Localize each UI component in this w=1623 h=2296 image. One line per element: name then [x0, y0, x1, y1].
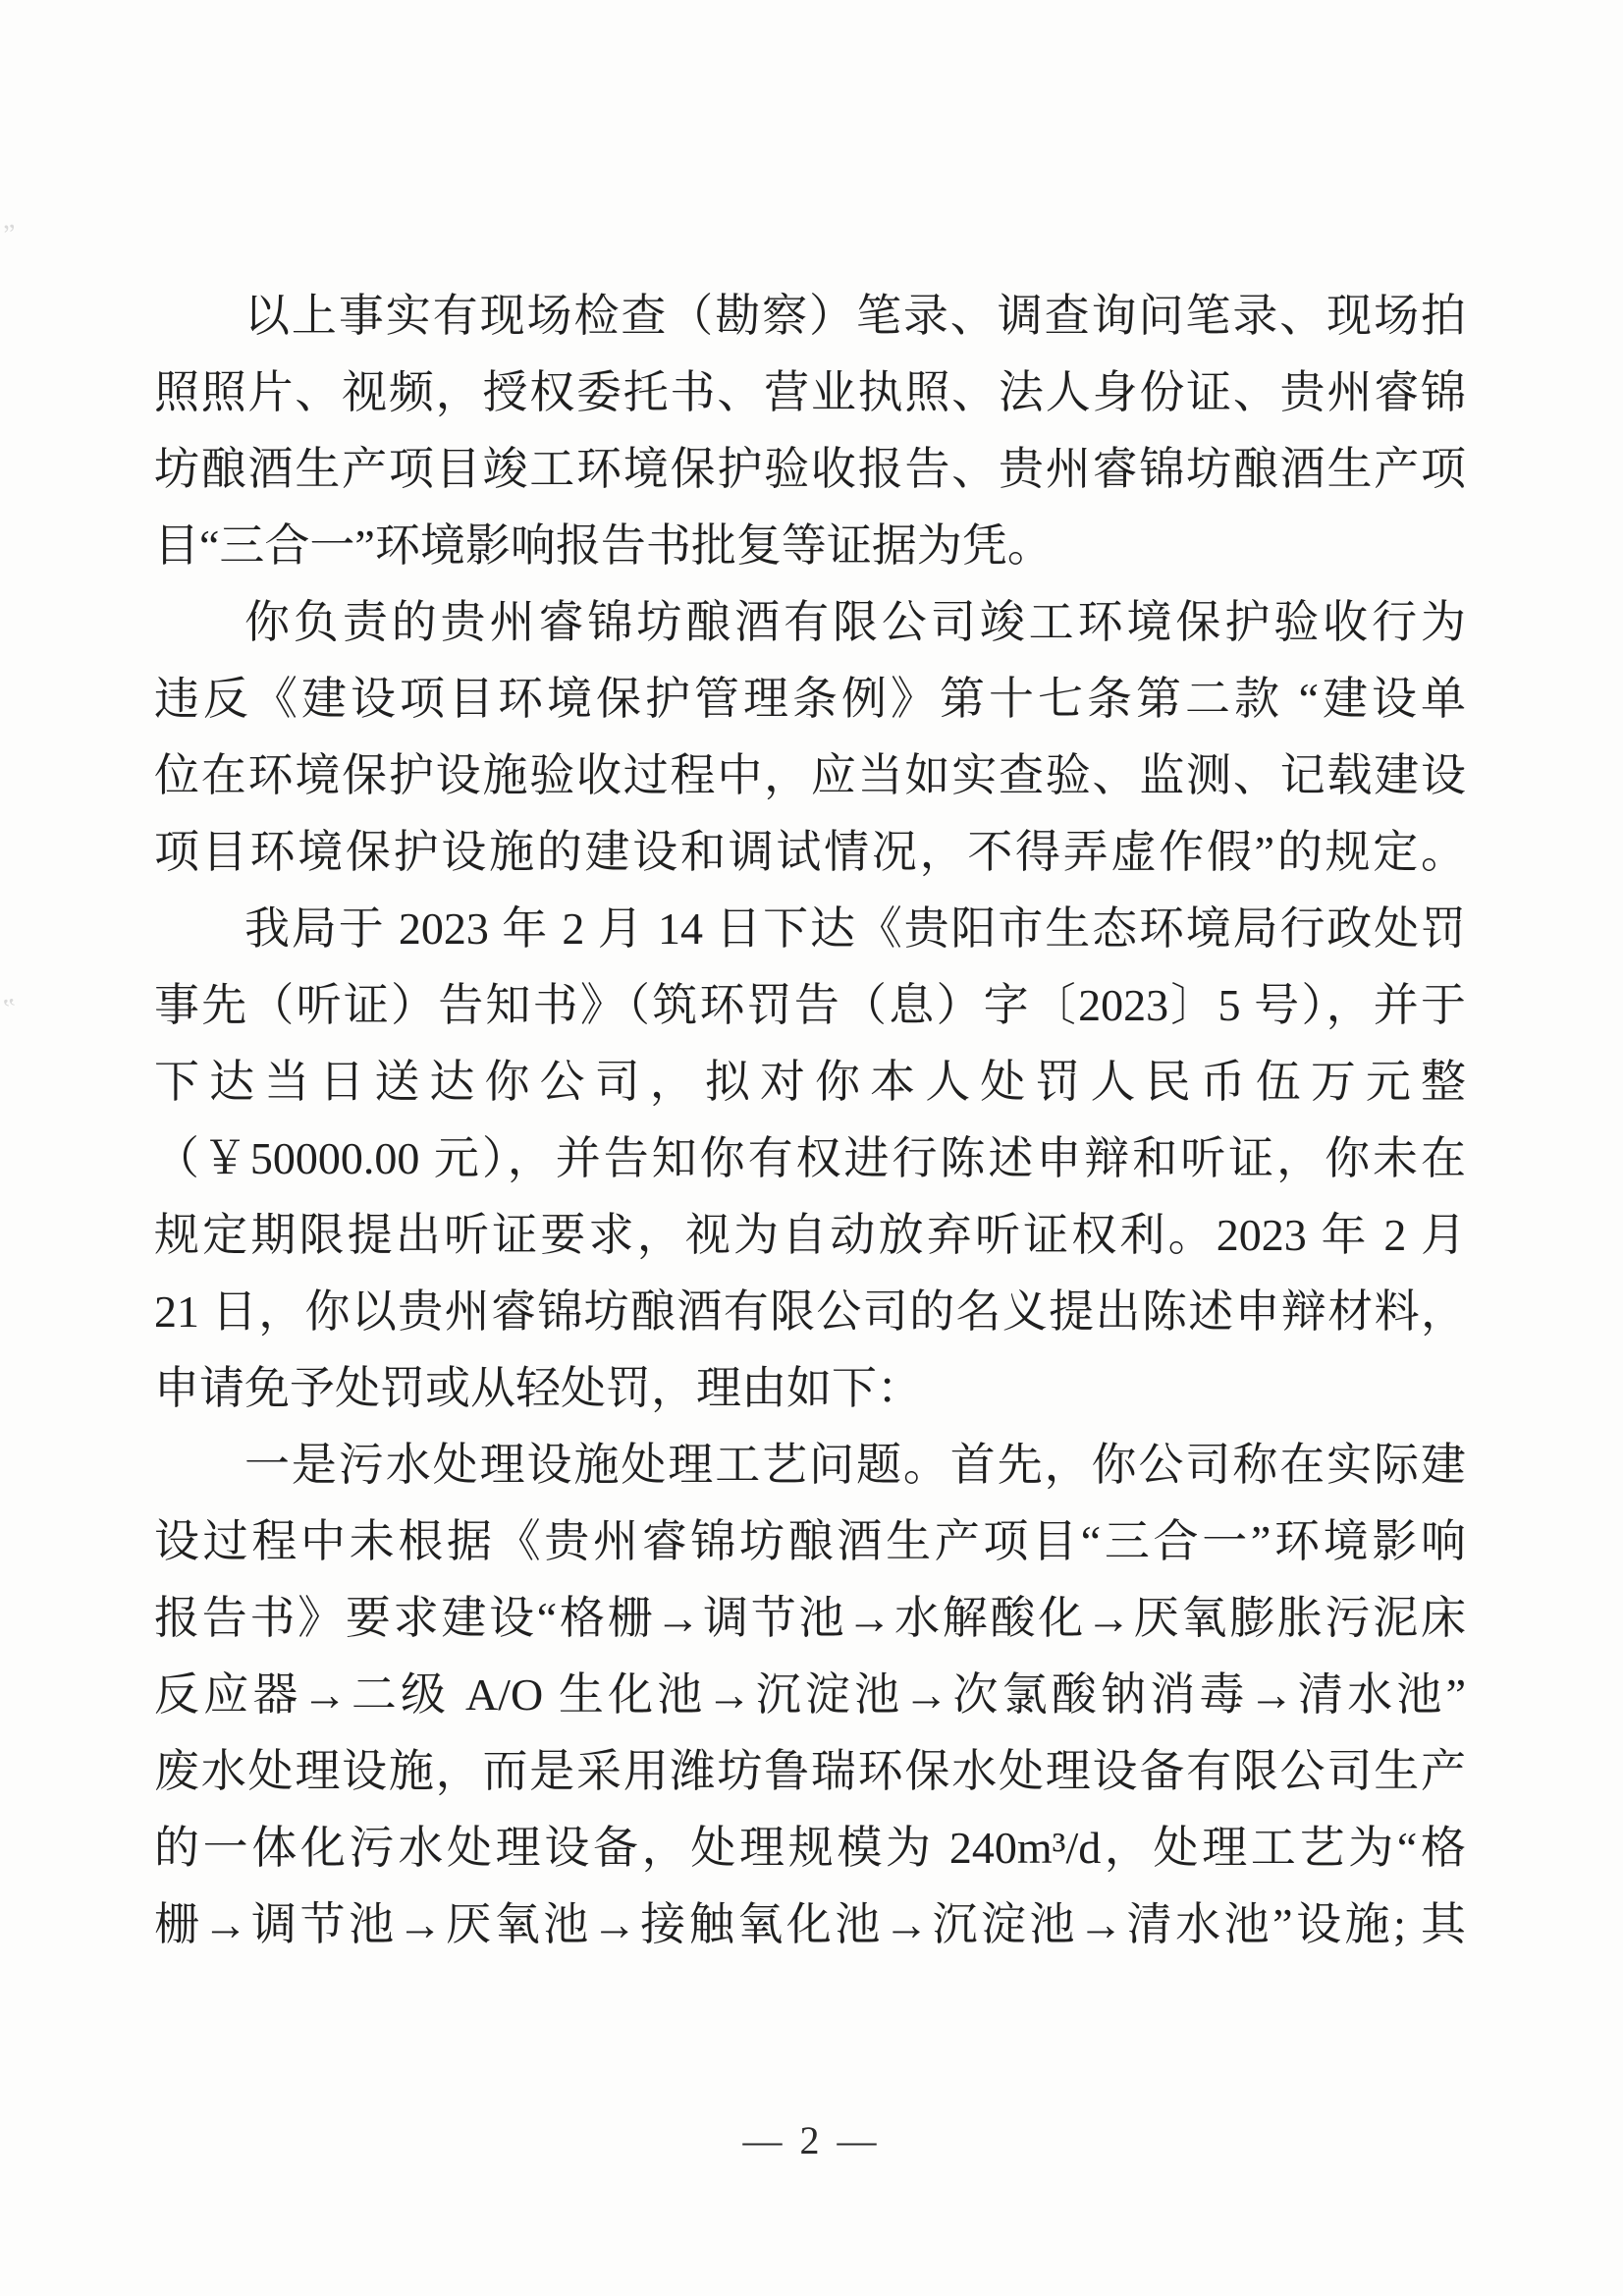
- text-line: 反应器→二级 A/O 生化池→沉淀池→次氯酸钠消毒→清水池”: [154, 1657, 1466, 1733]
- text-line: 的一体化污水处理设备，处理规模为 240m³/d，处理工艺为“格: [154, 1810, 1466, 1886]
- document-page: 以上事实有现场检查（勘察）笔录、调查询问笔录、现场拍照照片、视频，授权委托书、营…: [0, 0, 1623, 2296]
- text-line: 目“三合一”环境影响报告书批复等证据为凭。: [154, 508, 1466, 584]
- page-number: — 2 —: [0, 2111, 1623, 2170]
- text-line: 栅→调节池→厌氧池→接触氧化池→沉淀池→清水池”设施; 其: [154, 1886, 1466, 1963]
- text-line: 照照片、视频，授权委托书、营业执照、法人身份证、贵州睿锦: [154, 355, 1466, 431]
- text-line: 以上事实有现场检查（勘察）笔录、调查询问笔录、现场拍: [154, 278, 1466, 355]
- text-line: 下达当日送达你公司，拟对你本人处罚人民币伍万元整: [154, 1044, 1466, 1121]
- text-line: 我局于 2023 年 2 月 14 日下达《贵阳市生态环境局行政处罚: [154, 891, 1466, 967]
- text-line: 21 日，你以贵州睿锦坊酿酒有限公司的名义提出陈述申辩材料，: [154, 1274, 1466, 1350]
- text-line: 事先（听证）告知书》（筑环罚告（息）字〔2023〕5 号），并于: [154, 967, 1466, 1044]
- text-line: 位在环境保护设施验收过程中，应当如实查验、监测、记载建设: [154, 738, 1466, 814]
- text-line: （￥50000.00 元），并告知你有权进行陈述申辩和听证，你未在: [154, 1121, 1466, 1197]
- document-lines: 以上事实有现场检查（勘察）笔录、调查询问笔录、现场拍照照片、视频，授权委托书、营…: [154, 278, 1466, 1963]
- scan-artifact: „: [0, 203, 17, 236]
- text-line: 项目环境保护设施的建设和调试情况，不得弄虚作假”的规定。: [154, 814, 1466, 891]
- text-line: 违反《建设项目环境保护管理条例》第十七条第二款 “建设单: [154, 661, 1466, 738]
- text-line: 规定期限提出听证要求，视为自动放弃听证权利。2023 年 2 月: [154, 1197, 1466, 1274]
- text-line: 设过程中未根据《贵州睿锦坊酿酒生产项目“三合一”环境影响: [154, 1503, 1466, 1580]
- text-line: 报告书》要求建设“格栅→调节池→水解酸化→厌氧膨胀污泥床: [154, 1580, 1466, 1657]
- text-line: 你负责的贵州睿锦坊酿酒有限公司竣工环境保护验收行为: [154, 584, 1466, 661]
- text-line: 废水处理设施，而是采用潍坊鲁瑞环保水处理设备有限公司生产: [154, 1733, 1466, 1810]
- scan-artifact: ‟: [2, 993, 19, 1025]
- text-line: 坊酿酒生产项目竣工环境保护验收报告、贵州睿锦坊酿酒生产项: [154, 431, 1466, 508]
- text-line: 一是污水处理设施处理工艺问题。首先，你公司称在实际建: [154, 1427, 1466, 1503]
- text-line: 申请免予处罚或从轻处罚，理由如下：: [154, 1350, 1466, 1427]
